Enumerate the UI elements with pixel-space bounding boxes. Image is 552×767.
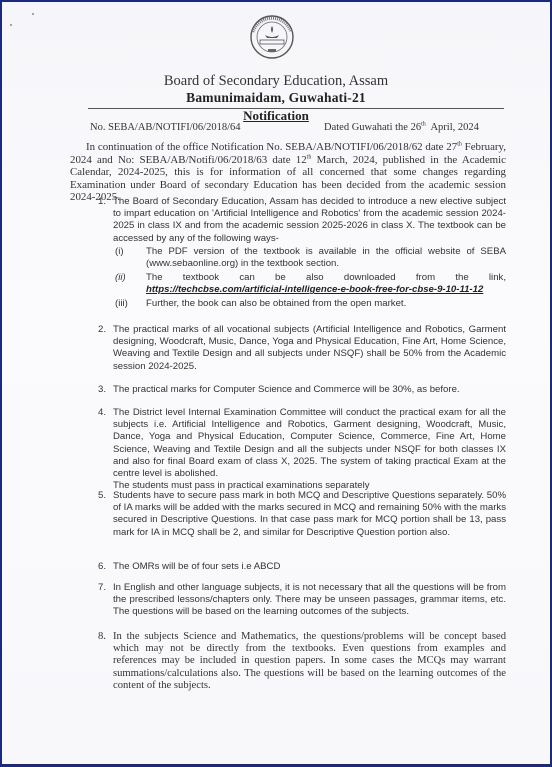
seba-emblem-icon (249, 14, 295, 60)
list-item-6: 6. The OMRs will be of four sets i.e ABC… (98, 561, 506, 573)
list-item-4: 4. The District level Internal Examinati… (98, 407, 506, 492)
textbook-download-link[interactable]: https://techcbse.com/artificial-intellig… (146, 284, 483, 295)
list-item-7: 7. In English and other language subject… (98, 582, 506, 619)
org-address: Bamunimaidam, Guwahati-21 (2, 90, 550, 106)
list-item-3: 3. The practical marks for Computer Scie… (98, 384, 506, 396)
org-name: Board of Secondary Education, Assam (2, 73, 550, 90)
intro-paragraph: In continuation of the office Notificati… (70, 141, 506, 204)
dated-line: Dated Guwahati the 26th April, 2024 (324, 122, 479, 133)
scan-speck (32, 13, 34, 15)
reference-number: No. SEBA/AB/NOTIFI/06/2018/64 (90, 122, 241, 133)
scan-speck (10, 24, 12, 26)
sub-item-iii: (iii) Further, the book can also be obta… (115, 298, 506, 310)
sub-item-ii: (ii) The textbook can be also downloaded… (115, 272, 506, 296)
list-item-2: 2. The practical marks of all vocational… (98, 324, 506, 373)
sub-item-i: (i) The PDF version of the textbook is a… (115, 246, 506, 270)
list-item-5: 5. Students have to secure pass mark in … (98, 490, 506, 539)
list-item-8: 8. In the subjects Science and Mathemati… (98, 631, 506, 692)
document-page: Board of Secondary Education, Assam Bamu… (2, 2, 550, 764)
list-item-1: 1. The Board of Secondary Education, Ass… (98, 196, 506, 245)
